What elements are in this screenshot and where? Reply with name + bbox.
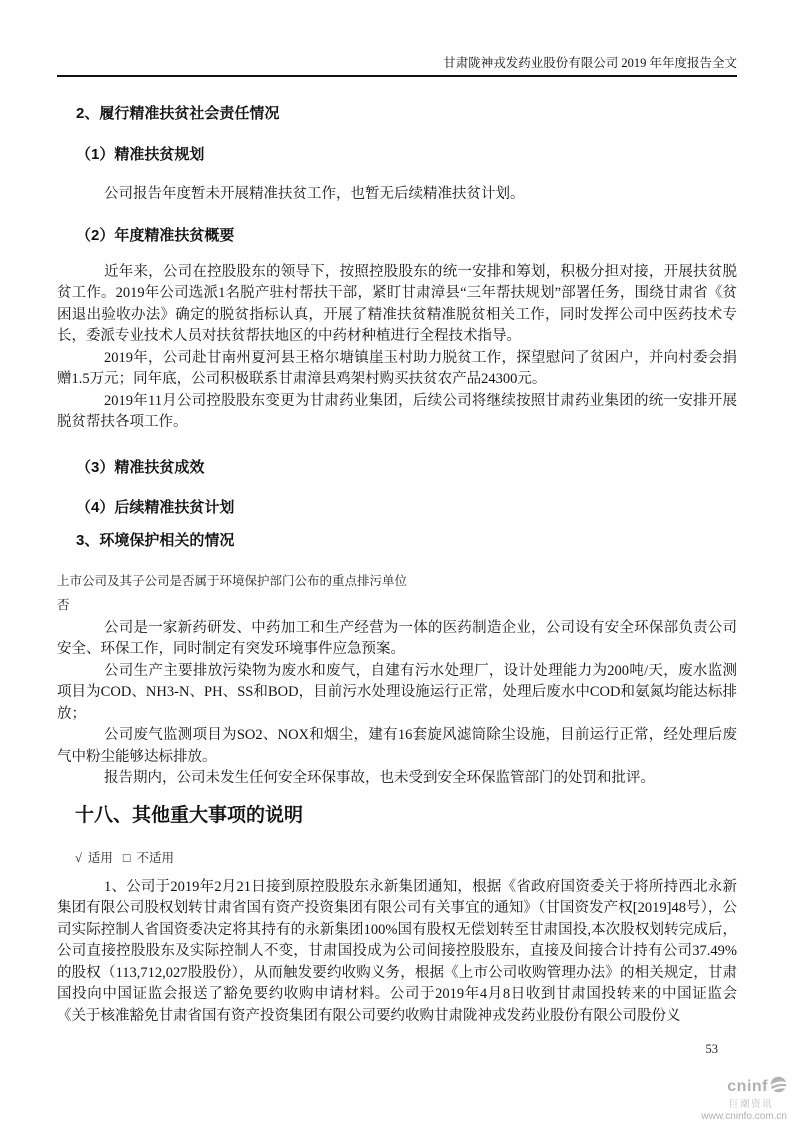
heading-poverty-plan: （1）精准扶贫规划 [76,145,737,164]
logo-brand-text: cninf [727,1079,768,1095]
heading-poverty-followup-plan: （4）后续精准扶贫计划 [76,498,737,517]
paragraph-major-matter-1: 1、公司于2019年2月21日接到原控股股东永新集团通知，根据《省政府国资委关于… [57,877,737,1028]
logo-brand-row: cninf [727,1076,787,1098]
header-title: 甘肃陇神戎发药业股份有限公司 2019 年年度报告全文 [443,56,737,70]
heading-poverty-responsibility: 2、履行精准扶贫社会责任情况 [76,104,737,123]
paragraph-poverty-summary-2: 2019年，公司赴甘南州夏河县王格尔塘镇崖玉村助力脱贫工作，探望慰问了贫困户，并… [57,348,737,391]
check-mark-icon: √ [75,851,82,865]
paragraph-env-record: 报告期内，公司未发生任何安全环保事故，也未受到安全环保监管部门的处罚和批评。 [57,768,737,790]
paragraph-env-wastewater: 公司生产主要排放污染物为废水和废气，自建有污水处理厂，设计处理能力为200吨/天… [57,661,737,726]
paragraph-env-overview: 公司是一家新药研发、中药加工和生产经营为一体的医药制造企业，公司设有安全环保部负… [57,618,737,661]
swirl-globe-icon [770,1076,787,1098]
page-header: 甘肃陇神戎发药业股份有限公司 2019 年年度报告全文 [57,0,737,77]
env-key-polluter-answer: 否 [57,597,737,614]
report-page: 甘肃陇神戎发药业股份有限公司 2019 年年度报告全文 2、履行精准扶贫社会责任… [0,0,793,1122]
logo-website-url: www.cninfo.com.cn [701,1111,787,1122]
paragraph-poverty-summary-3: 2019年11月公司控股股东变更为甘肃药业集团，后续公司将继续按照甘肃药业集团的… [57,391,737,434]
page-number: 53 [706,1042,719,1057]
heading-environmental-protection: 3、环境保护相关的情况 [76,531,737,550]
heading-poverty-summary: （2）年度精准扶贫概要 [76,226,737,245]
paragraph-env-exhaust: 公司废气监测项目为SO2、NOX和烟尘，建有16套旋风滤筒除尘设施，目前运行正常… [57,725,737,768]
heading-poverty-results: （3）精准扶贫成效 [76,458,737,477]
heading-other-major-matters: 十八、其他重大事项的说明 [75,804,737,828]
applicability-line: √适用□不适用 [75,850,737,867]
page-content: 2、履行精准扶贫社会责任情况 （1）精准扶贫规划 公司报告年度暂未开展精准扶贫工… [57,104,737,1027]
paragraph-poverty-plan: 公司报告年度暂未开展精准扶贫工作，也暂无后续精准扶贫计划。 [57,184,737,206]
logo-chinese-name: 巨潮资讯 [729,1099,773,1110]
env-key-polluter-question: 上市公司及其子公司是否属于环境保护部门公布的重点排污单位 [57,573,737,590]
checkbox-empty-icon: □ [123,851,131,865]
applicable-label: 适用 [88,851,113,865]
paragraph-poverty-summary-1: 近年来，公司在控股股东的领导下，按照控股股东的统一安排和筹划，积极分担对接，开展… [57,262,737,348]
cninfo-logo: cninf 巨潮资讯 www.cninfo.com.cn [701,1076,787,1122]
not-applicable-label: 不适用 [136,851,174,865]
